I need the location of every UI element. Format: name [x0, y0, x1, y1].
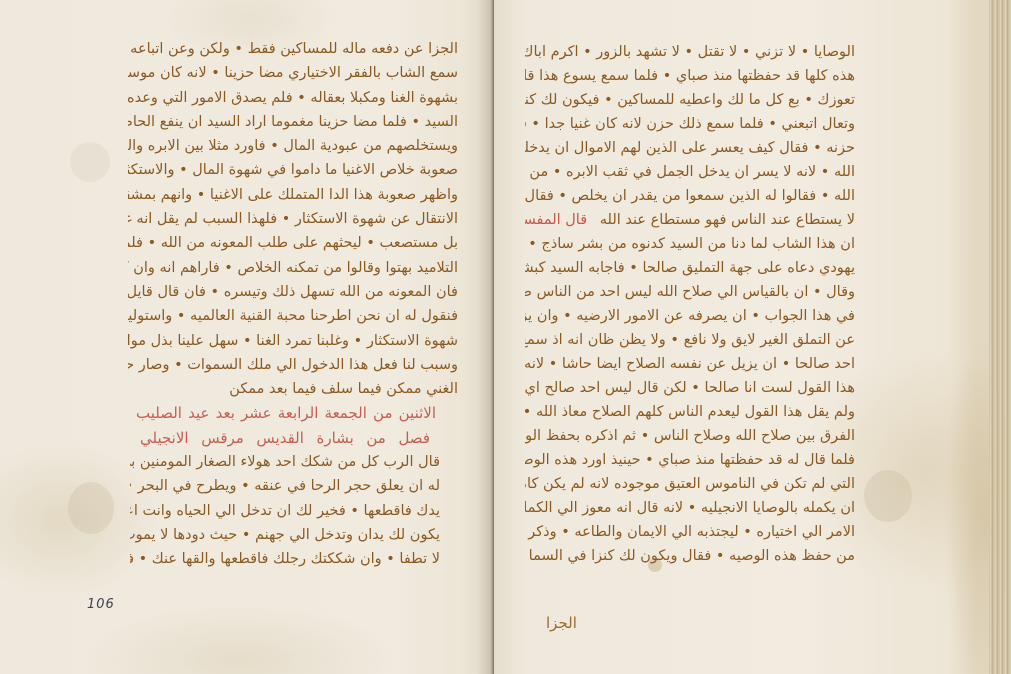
text-line: حزنه • فقال كيف يعسر على الذين لهم الامو… [525, 136, 855, 160]
text-line-with-rubric: لا يستطاع عند الناس فهو مستطاع عند الله … [525, 208, 855, 232]
text-line: فان المعونه من الله تسهل ذلك وتيسره • فا… [128, 280, 458, 304]
text-line: التلاميد بهتوا وقالوا من تمكنه الخلاص • … [128, 256, 458, 280]
paper-stain [68, 482, 114, 534]
text-line: بل مستصعب • ليحثهم على طلب المعونه من ال… [128, 231, 458, 255]
text-line: صعوبة خلاص الاغنيا ما داموا في شهوة الما… [128, 158, 458, 182]
text-line: الانتقال عن شهوة الاستكثار • فلهذا السبب… [128, 207, 458, 231]
text-line: الله • فقالوا له الذين سمعوا من يقدر ان … [525, 184, 855, 208]
text-line: التي لم تكن في الناموس العتيق موجوده لان… [525, 472, 855, 496]
text-line: يهودي دعاه على جهة التمليق صالحا • فاجاب… [525, 256, 855, 280]
text-line: هذا القول لست انا صالحا • لكن قال ليس اح… [525, 376, 855, 400]
catchword: الجزا [546, 614, 577, 632]
text-line: الجزا عن دفعه ماله للمساكين فقط • ولكن و… [128, 37, 458, 61]
text-line: وقال • ان بالقياس الي صلاح الله ليس احد … [525, 280, 855, 304]
folio-number: 106 [87, 597, 115, 612]
text-line: وسبب لنا فعل هذا الدخول الي ملك السموات … [128, 353, 458, 377]
paper-stain [70, 142, 110, 182]
paper-stain [864, 470, 912, 522]
left-page: الجزا عن دفعه ماله للمساكين فقط • ولكن و… [0, 0, 494, 674]
text-line: له ان يعلق حجر الرحا في عنقه • ويطرح في … [130, 474, 440, 498]
text-line: الفرق بين صلاح الله وصلاح الناس • ثم اذك… [525, 424, 855, 448]
text-line: الوصايا • لا تزني • لا تقتل • لا تشهد با… [525, 40, 855, 64]
text-line: ان يكمله بالوصايا الانجيليه • لانه قال ا… [525, 496, 855, 520]
text-line: احد صالحا • ان يزيل عن نفسه الصلاح ايضا … [525, 352, 855, 376]
left-page-text-block: الجزا عن دفعه ماله للمساكين فقط • ولكن و… [128, 37, 458, 572]
text-line: الامر الي اختياره • ليجتذبه الي الايمان … [525, 520, 855, 544]
text-line: في هذا الجواب • ان يصرفه عن الامور الارض… [525, 304, 855, 328]
gutter-shadow [478, 0, 490, 674]
fore-edge [989, 0, 1011, 674]
text-line: وتعال اتبعني • فلما سمع ذلك حزن لانه كان… [525, 112, 855, 136]
text-line: ولم يقل هذا القول ليعدم الناس كلهم الصلا… [525, 400, 855, 424]
text-line: يكون لك يدان وتدخل الي جهنم • حيث دودها … [130, 523, 440, 547]
text-line: فلما قال له قد حفظتها منذ صباي • حينيذ ا… [525, 448, 855, 472]
text-line: شهوة الاستكثار • وغلبنا تمرد الغنا • سهل… [128, 329, 458, 353]
text-line: الله • لانه لا يسر ان يدخل الجمل في ثقب … [525, 160, 855, 184]
text-line: هذه كلها قد حفظتها منذ صباي • فلما سمع ي… [525, 64, 855, 88]
rubric-inline: قال المفسر [525, 212, 587, 228]
text-line: يدك فاقطعها • فخير لك ان تدخل الي الحياه… [130, 499, 440, 523]
text-line: الغني ممكن فيما سلف فيما بعد ممكن [208, 377, 458, 401]
text-line: السيد • فلما مضا حزينا مغموما اراد السيد… [128, 110, 458, 134]
right-page-text-block: الوصايا • لا تزني • لا تقتل • لا تشهد با… [525, 40, 855, 568]
text-line: ان هذا الشاب لما دنا من السيد كدنوه من ب… [525, 232, 855, 256]
text-line: بشهوة الغنا ومكبلا بعقاله • فلم يصدق الا… [128, 86, 458, 110]
text-line: من حفظ هذه الوصيه • فقال ويكون لك كنزا ف… [525, 544, 855, 568]
text-line: عن التملق الغير لايق ولا نافع • ولا يظن … [525, 328, 855, 352]
text-line: تعوزك • بع كل ما لك واعطيه للمساكين • في… [525, 88, 855, 112]
text-line: قال الرب كل من شكك احد هولاء الصغار المو… [130, 450, 440, 474]
text-line: واظهر صعوبة هذا الدا المتملك على الاغنيا… [128, 183, 458, 207]
text-line: ويستخلصهم من عبودية المال • فاورد مثلا ب… [128, 134, 458, 158]
rubric-heading-line: الاثنين من الجمعة الرابعة عشر بعد عيد ال… [136, 401, 436, 425]
manuscript-spread: الجزا عن دفعه ماله للمساكين فقط • ولكن و… [0, 0, 1011, 674]
text-span: لا يستطاع عند الناس فهو مستطاع عند الله [600, 212, 855, 228]
text-line: سمع الشاب بالفقر الاختياري مضا حزينا • ل… [128, 61, 458, 85]
text-line: لا تطفا • وان شككتك رجلك فاقطعها والقها … [130, 547, 440, 571]
rubric-heading-line: فصل من بشارة القديس مرقس الانجيلي [140, 426, 430, 450]
text-line: فنقول له ان نحن اطرحنا محبة القنية العال… [128, 304, 458, 328]
